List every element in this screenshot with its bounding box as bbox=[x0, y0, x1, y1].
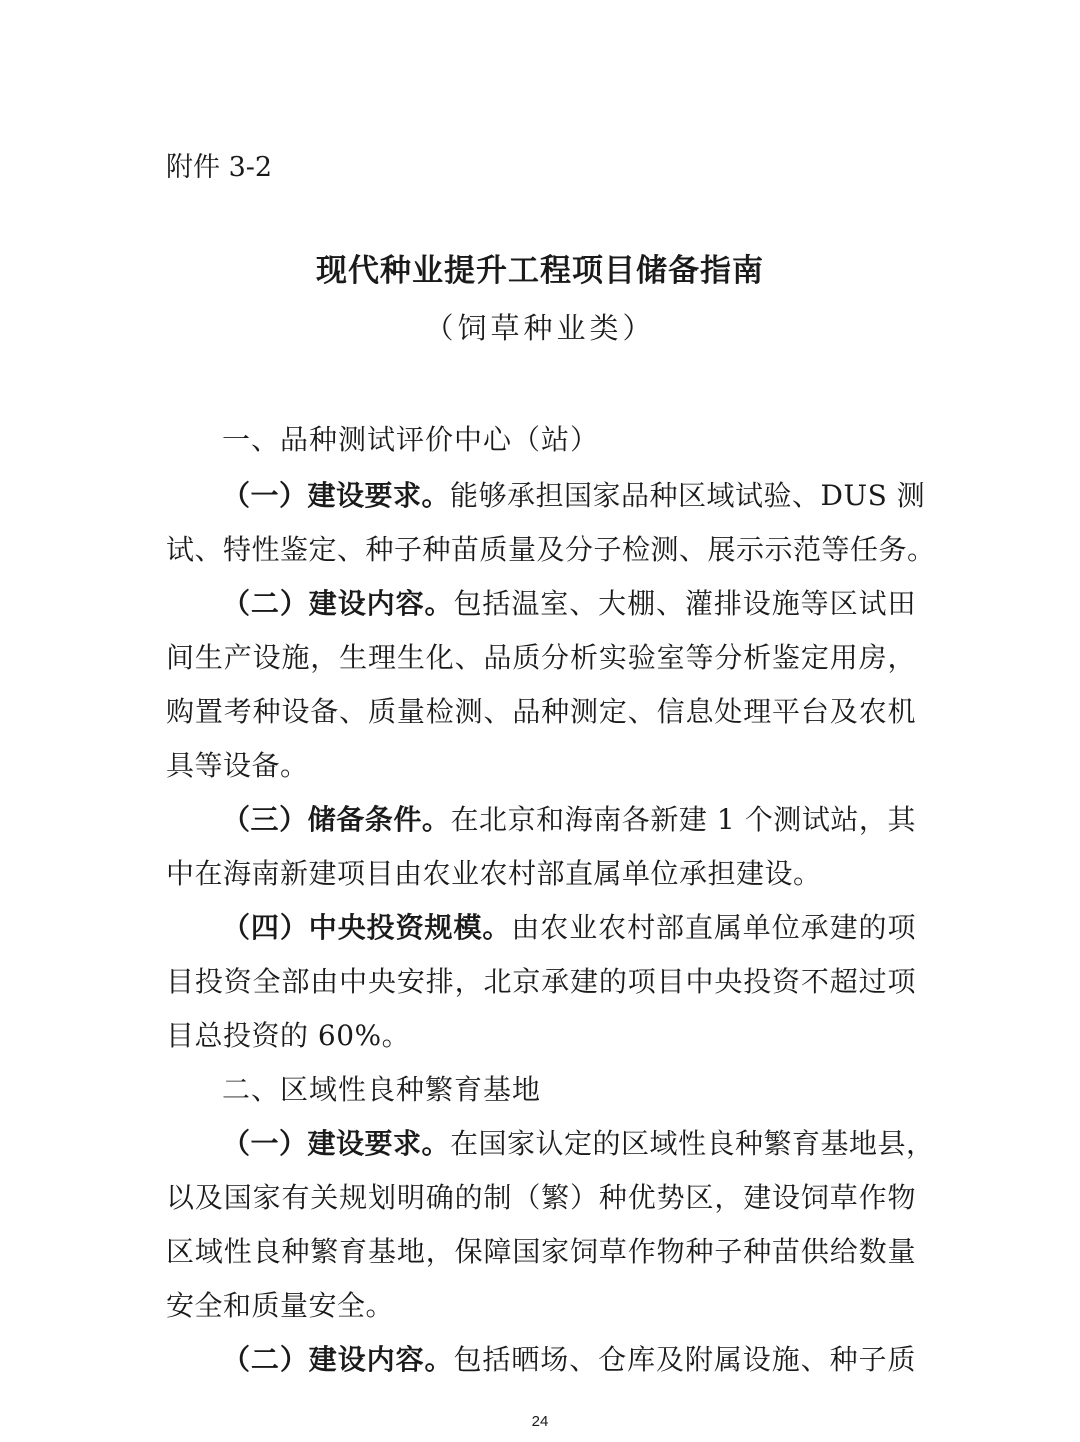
item-label: （二）建设内容。 bbox=[222, 587, 453, 620]
document-title: 现代种业提升工程项目储备指南 bbox=[0, 248, 1080, 294]
paragraph-line: 购置考种设备、质量检测、品种测定、信息处理平台及农机 bbox=[166, 692, 916, 732]
paragraph-line: （一）建设要求。在国家认定的区域性良种繁育基地县， bbox=[222, 1124, 916, 1164]
section-heading-2: 二、区域性良种繁育基地 bbox=[222, 1070, 541, 1110]
paragraph-line: 具等设备。 bbox=[166, 746, 916, 786]
paragraph-line: 间生产设施，生理生化、品质分析实验室等分析鉴定用房， bbox=[166, 638, 916, 678]
page-number: 24 bbox=[0, 1412, 1080, 1432]
paragraph-line: 目总投资的 60%。 bbox=[166, 1016, 916, 1056]
document-page: 附件 3-2 现代种业提升工程项目储备指南 （饲草种业类） 一、品种测试评价中心… bbox=[0, 0, 1080, 1442]
attachment-label: 附件 3-2 bbox=[166, 148, 272, 188]
document-subtitle: （饲草种业类） bbox=[0, 306, 1080, 350]
item-label: （一）建设要求。 bbox=[222, 1127, 450, 1160]
item-label: （三）储备条件。 bbox=[222, 803, 450, 836]
paragraph-line: （二）建设内容。包括晒场、仓库及附属设施、种子质 bbox=[222, 1340, 916, 1380]
section-heading-1: 一、品种测试评价中心（站） bbox=[222, 420, 599, 460]
item-text: 由农业农村部直属单位承建的项 bbox=[511, 911, 916, 944]
item-text: 在国家认定的区域性良种繁育基地县， bbox=[450, 1127, 935, 1160]
paragraph-line: 安全和质量安全。 bbox=[166, 1286, 916, 1326]
paragraph-line: 目投资全部由中央安排，北京承建的项目中央投资不超过项 bbox=[166, 962, 916, 1002]
item-text: 包括温室、大棚、灌排设施等区试田 bbox=[453, 587, 916, 620]
paragraph-line: （三）储备条件。在北京和海南各新建 1 个测试站，其 bbox=[222, 800, 916, 840]
paragraph-line: （四）中央投资规模。由农业农村部直属单位承建的项 bbox=[222, 908, 916, 948]
paragraph-line: （二）建设内容。包括温室、大棚、灌排设施等区试田 bbox=[222, 584, 916, 624]
item-text: 能够承担国家品种区域试验、DUS 测 bbox=[450, 479, 925, 512]
item-label: （四）中央投资规模。 bbox=[222, 911, 511, 944]
item-label: （二）建设内容。 bbox=[222, 1343, 453, 1376]
paragraph-line: 中在海南新建项目由农业农村部直属单位承担建设。 bbox=[166, 854, 916, 894]
paragraph-line: （一）建设要求。能够承担国家品种区域试验、DUS 测 bbox=[222, 476, 916, 516]
item-label: （一）建设要求。 bbox=[222, 479, 450, 512]
item-text: 包括晒场、仓库及附属设施、种子质 bbox=[453, 1343, 916, 1376]
item-text: 在北京和海南各新建 1 个测试站，其 bbox=[450, 803, 916, 836]
paragraph-line: 区域性良种繁育基地，保障国家饲草作物种子种苗供给数量 bbox=[166, 1232, 916, 1272]
paragraph-line: 试、特性鉴定、种子种苗质量及分子检测、展示示范等任务。 bbox=[166, 530, 916, 570]
paragraph-line: 以及国家有关规划明确的制（繁）种优势区，建设饲草作物 bbox=[166, 1178, 916, 1218]
